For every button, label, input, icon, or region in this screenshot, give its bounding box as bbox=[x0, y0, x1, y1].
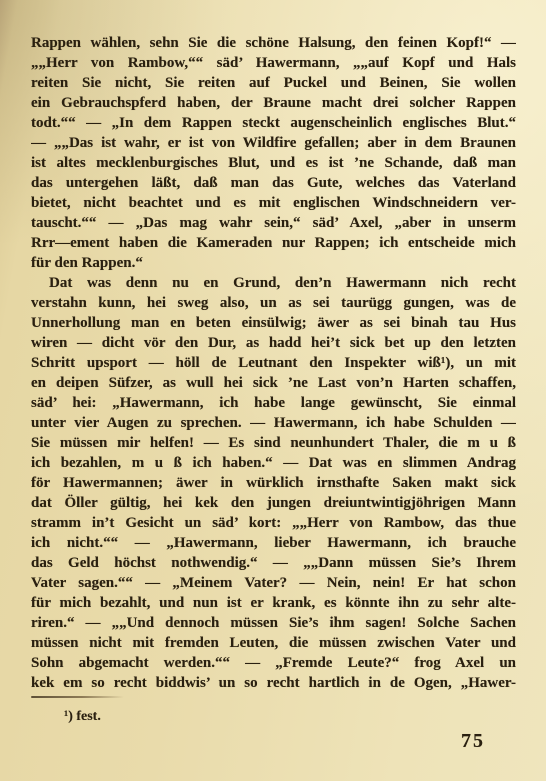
text-line: Rrr—ement haben die Kameraden nur Rappen… bbox=[31, 233, 516, 253]
text-line: wiren — dicht vör den Dur, as hadd hei’t… bbox=[31, 333, 516, 353]
text-line: Unnerhollung man en beten einsülwig; äwe… bbox=[31, 313, 516, 333]
text-line: Rappen wählen, sehn Sie die schöne Halsu… bbox=[31, 33, 516, 53]
text-line: bietet, nicht beachtet und es mit englis… bbox=[31, 193, 516, 213]
text-line: ein Gebrauchspferd haben, der Braune mac… bbox=[31, 93, 516, 113]
text-line: Schritt upsport — höll de Leutnant den I… bbox=[31, 353, 516, 373]
text-line: kek em so recht biddwis’ un so recht har… bbox=[31, 673, 516, 693]
text-line: tauscht.““ — „Das mag wahr sein,“ säd’ A… bbox=[31, 213, 516, 233]
footnote: ¹) fest. bbox=[64, 706, 101, 728]
text-line: dat Öller gültig, hei kek den jungen dre… bbox=[31, 493, 516, 513]
page-number: 75 bbox=[461, 730, 485, 753]
text-line: ich nicht.““ — „Hawermann, lieber Hawerm… bbox=[31, 533, 516, 553]
text-line: riren.“ — „„Und dennoch müssen Sie’s ihm… bbox=[31, 613, 516, 633]
text-line: Sohn abgemacht werden.““ — „Fremde Leute… bbox=[31, 653, 516, 673]
text-line: todt.““ — „In dem Rappen steckt augensch… bbox=[31, 113, 516, 133]
text-line: för Hawermannen; äwer in würklich irnsth… bbox=[31, 473, 516, 493]
text-line: verstahn kunn, hei sweg also, un as sei … bbox=[31, 293, 516, 313]
text-line-paragraph-start: Dat was denn nu en Grund, den’n Hawerman… bbox=[31, 273, 516, 293]
text-line: Vater sagen.““ — „Meinem Vater? — Nein, … bbox=[31, 573, 516, 593]
text-line: unter vier Augen zu sprechen. — Hawerman… bbox=[31, 413, 516, 433]
text-line: ist altes mecklenburgisches Blut, und es… bbox=[31, 153, 516, 173]
text-line: Sie müssen mir helfen! — Es sind neunhun… bbox=[31, 433, 516, 453]
text-line: „„Herr von Rambow,““ säd’ Hawermann, „„a… bbox=[31, 53, 516, 73]
text-line: ich bezahlen, m u ß ich haben.“ — Dat wa… bbox=[31, 453, 516, 473]
text-line: für mich bezahlt, und nun ist er krank, … bbox=[31, 593, 516, 613]
page-text: Rappen wählen, sehn Sie die schöne Halsu… bbox=[31, 33, 516, 693]
text-line: reiten Sie nicht, Sie reiten auf Puckel … bbox=[31, 73, 516, 93]
scanned-book-page: Rappen wählen, sehn Sie die schöne Halsu… bbox=[0, 0, 546, 781]
text-line: en deipen Süfzer, as wull hei sick ’ne L… bbox=[31, 373, 516, 393]
footnote-separator-rule bbox=[31, 696, 124, 698]
text-line: — „„Das ist wahr, er ist von Wildfire ge… bbox=[31, 133, 516, 153]
text-line: das Geld höchst nothwendig.“ — „„Dann mü… bbox=[31, 553, 516, 573]
text-line: das untergehen läßt, daß man das Gute, w… bbox=[31, 173, 516, 193]
text-line: für den Rappen.“ bbox=[31, 253, 516, 273]
text-line: säd’ hei: „Hawermann, ich habe lange gew… bbox=[31, 393, 516, 413]
text-line: müssen nicht mit fremden Leuten, die müs… bbox=[31, 633, 516, 653]
text-line: stramm in’t Gesicht un säd’ kort: „„Herr… bbox=[31, 513, 516, 533]
